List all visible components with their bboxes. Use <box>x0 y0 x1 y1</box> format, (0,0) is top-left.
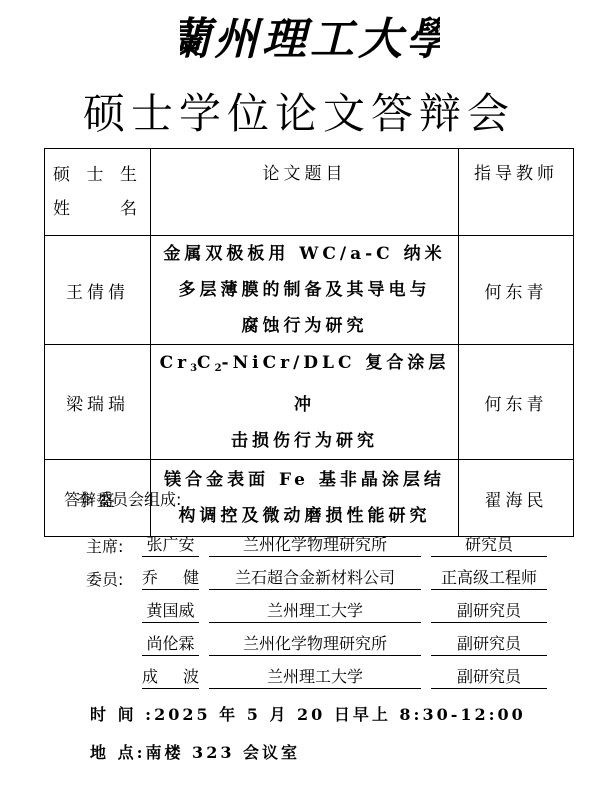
header-char: 姓 <box>53 192 74 226</box>
table-row: 梁瑞瑞 Cr3C2-NiCr/DLC 复合涂层冲 击损伤行为研究 何东青 <box>45 345 574 460</box>
topic-line: 构调控及微动磨损性能研究 <box>157 498 452 534</box>
svg-text:蘭州理工大學: 蘭州理工大學 <box>180 14 440 65</box>
member-institution: 兰州化学物理研究所 <box>209 633 421 656</box>
defense-schedule-table: 硕 士 生 姓 名 论文题目 指导教师 王倩倩 金属双极板用 WC/a-C 纳米… <box>44 148 574 537</box>
header-char: 士 <box>87 158 108 192</box>
member-institution: 兰石超合金新材料公司 <box>209 567 421 590</box>
student-name: 王倩倩 <box>45 236 151 345</box>
time-label: 时 间 : <box>90 705 154 724</box>
advisor-name: 何东青 <box>459 345 574 460</box>
member-title: 副研究员 <box>431 600 547 623</box>
topic-line: 多层薄膜的制备及其导电与 <box>157 272 452 308</box>
advisor-name: 何东青 <box>459 236 574 345</box>
member-institution: 兰州理工大学 <box>209 600 421 623</box>
header-char: 名 <box>120 192 141 226</box>
university-logo: 蘭州理工大學 <box>180 8 440 68</box>
member-name: 乔健 <box>142 567 199 590</box>
topic-line: 镁合金表面 Fe 基非晶涂层结 <box>157 462 452 498</box>
member-role: 主席: <box>86 534 142 557</box>
header-student-name: 硕 士 生 姓 名 <box>45 149 151 236</box>
table-row: 王倩倩 金属双极板用 WC/a-C 纳米 多层薄膜的制备及其导电与 腐蚀行为研究… <box>45 236 574 345</box>
page-title: 硕士学位论文答辩会 <box>0 86 598 142</box>
defense-place: 地 点:南楼 323 会议室 <box>90 740 300 763</box>
member-role: 委员: <box>86 567 142 590</box>
table-header-row: 硕 士 生 姓 名 论文题目 指导教师 <box>45 149 574 236</box>
member-title: 副研究员 <box>431 666 547 689</box>
topic-line: Cr3C2-NiCr/DLC 复合涂层冲 <box>157 345 452 423</box>
committee-heading: 答辩委员会组成: <box>64 487 181 510</box>
thesis-topic: 镁合金表面 Fe 基非晶涂层结 构调控及微动磨损性能研究 <box>151 460 459 537</box>
advisor-name: 翟海民 <box>459 460 574 537</box>
time-value: 2025 年 5 月 20 日早上 8:30-12:00 <box>154 705 526 724</box>
member-title: 正高级工程师 <box>431 567 547 590</box>
member-institution: 兰州化学物理研究所 <box>209 534 421 557</box>
member-name: 尚伦霖 <box>142 633 199 656</box>
header-char: 硕 <box>53 158 74 192</box>
member-name: 成波 <box>142 666 199 689</box>
topic-line: 腐蚀行为研究 <box>157 308 452 344</box>
topic-line: 金属双极板用 WC/a-C 纳米 <box>157 236 452 272</box>
header-char: 生 <box>120 158 141 192</box>
member-institution: 兰州理工大学 <box>209 666 421 689</box>
member-title: 副研究员 <box>431 633 547 656</box>
header-advisor: 指导教师 <box>459 149 574 236</box>
thesis-topic: Cr3C2-NiCr/DLC 复合涂层冲 击损伤行为研究 <box>151 345 459 460</box>
student-name: 梁瑞瑞 <box>45 345 151 460</box>
thesis-topic: 金属双极板用 WC/a-C 纳米 多层薄膜的制备及其导电与 腐蚀行为研究 <box>151 236 459 345</box>
member-name: 张广安 <box>142 534 199 557</box>
university-calligraphy-logo-icon: 蘭州理工大學 <box>180 8 440 68</box>
member-title: 研究员 <box>431 534 547 557</box>
defense-time: 时 间 :2025 年 5 月 20 日早上 8:30-12:00 <box>90 702 526 725</box>
place-label: 地 点: <box>90 743 145 762</box>
topic-line: 击损伤行为研究 <box>157 423 452 459</box>
member-name: 黄国威 <box>142 600 199 623</box>
header-topic: 论文题目 <box>151 149 459 236</box>
place-value: 南楼 323 会议室 <box>145 743 300 762</box>
